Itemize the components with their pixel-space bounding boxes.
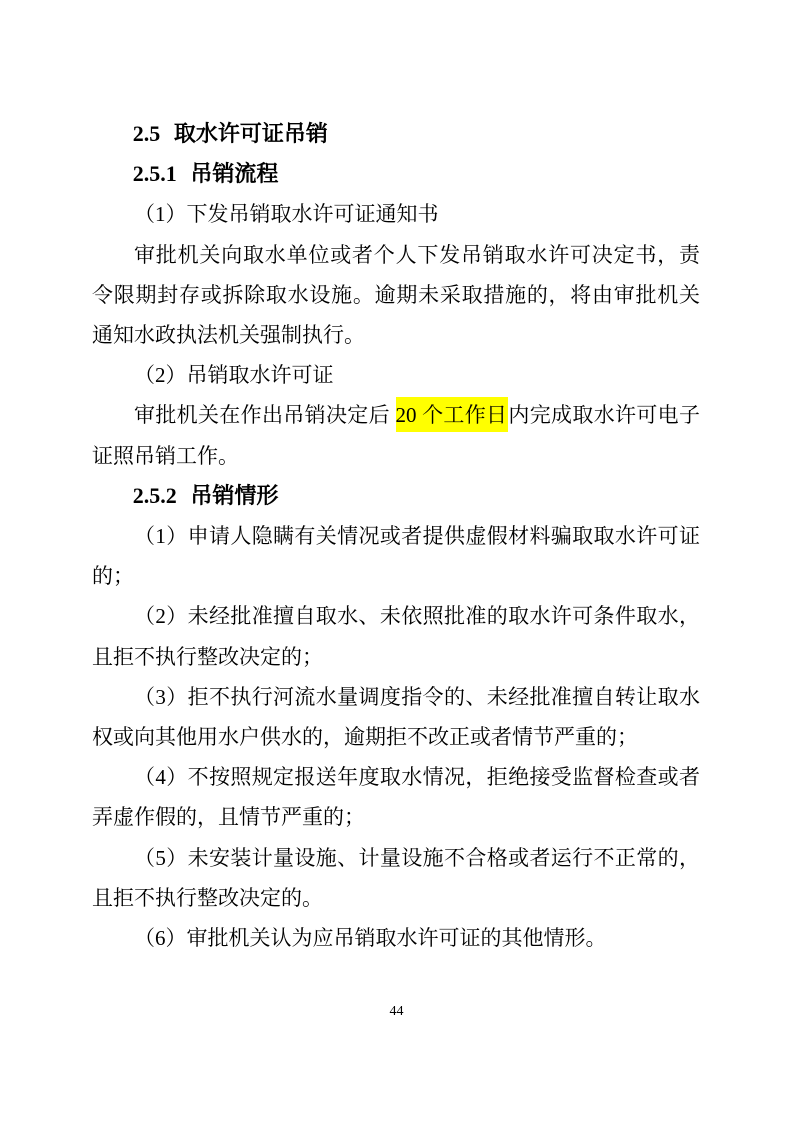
paragraph-condition-5: （5）未安装计量设施、计量设施不合格或者运行不正常的，且拒不执行整改决定的。 (92, 838, 700, 918)
paragraph-highlighted: 审批机关在作出吊销决定后 20 个工作日内完成取水许可电子证照吊销工作。 (92, 395, 700, 475)
heading-number: 2.5.1 (133, 161, 177, 186)
section-heading-2-5: 2.5取水许可证吊销 (92, 114, 700, 154)
heading-title: 吊销情形 (190, 483, 278, 508)
paragraph-body: 审批机关向取水单位或者个人下发吊销取水许可决定书，责令限期封存或拆除取水设施。逾… (92, 235, 700, 356)
heading-title: 吊销流程 (190, 161, 278, 186)
paragraph-condition-3: （3）拒不执行河流水量调度指令的、未经批准擅自转让取水权或向其他用水户供水的，逾… (92, 677, 700, 757)
paragraph-condition-2: （2）未经批准擅自取水、未依照批准的取水许可条件取水，且拒不执行整改决定的； (92, 596, 700, 676)
paragraph-condition-4: （4）不按照规定报送年度取水情况，拒绝接受监督检查或者弄虚作假的，且情节严重的； (92, 757, 700, 837)
paragraph-condition-6: （6）审批机关认为应吊销取水许可证的其他情形。 (92, 918, 700, 958)
section-heading-2-5-1: 2.5.1吊销流程 (92, 154, 700, 194)
text-segment: 审批机关在作出吊销决定后 (134, 403, 396, 427)
heading-number: 2.5.2 (133, 483, 177, 508)
highlight-mark: 20 个工作日 (396, 397, 509, 432)
page-content: 2.5取水许可证吊销 2.5.1吊销流程 （1）下发吊销取水许可证通知书 审批机… (92, 114, 700, 958)
section-heading-2-5-2: 2.5.2吊销情形 (92, 476, 700, 516)
document-page: 2.5取水许可证吊销 2.5.1吊销流程 （1）下发吊销取水许可证通知书 审批机… (0, 0, 793, 1122)
paragraph-item-1: （1）下发吊销取水许可证通知书 (92, 194, 700, 234)
paragraph-item-2: （2）吊销取水许可证 (92, 355, 700, 395)
page-number: 44 (0, 1003, 793, 1021)
heading-title: 取水许可证吊销 (174, 121, 328, 146)
heading-number: 2.5 (133, 121, 161, 146)
paragraph-condition-1: （1）申请人隐瞒有关情况或者提供虚假材料骗取取水许可证的； (92, 516, 700, 596)
